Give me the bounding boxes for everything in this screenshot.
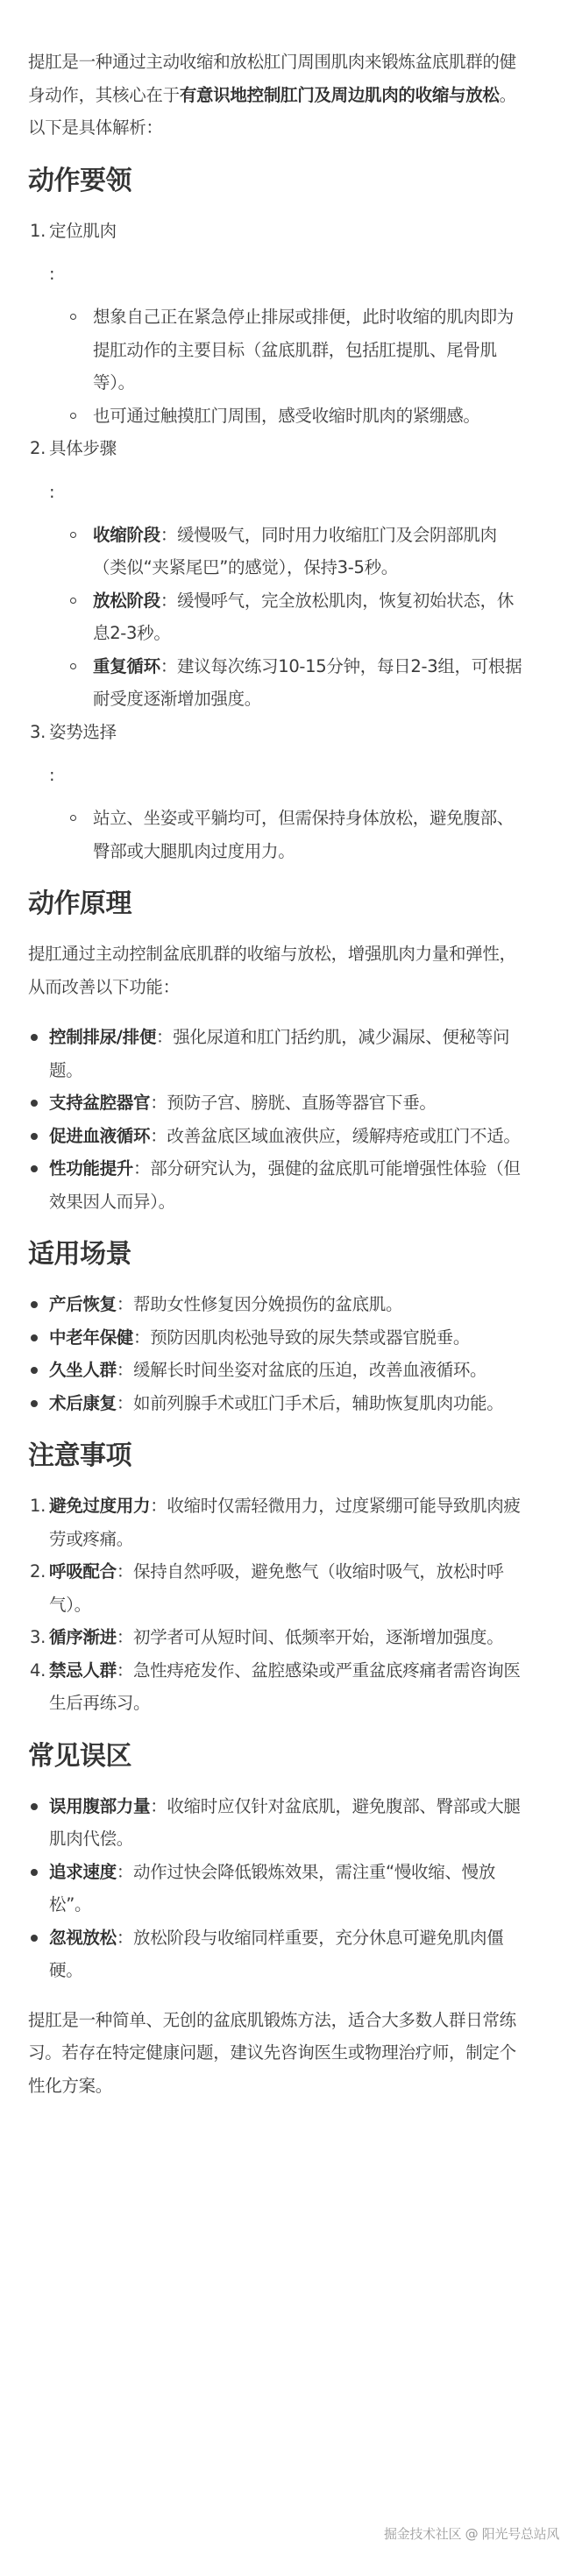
intro-paragraph: 提肛是一种通过主动收缩和放松肛门周围肌肉来锻炼盆底肌群的健身动作，其核心在于有意… — [28, 46, 528, 145]
list-item: 性功能提升：部分研究认为，强健的盆底肌可能增强性体验（但效果因人而异）。 — [28, 1152, 528, 1218]
sub-item-bold: 放松阶段 — [93, 591, 160, 611]
item-text: ：动作过快会降低锻炼效果，需注重“慢收缩、慢放松”。 — [49, 1862, 495, 1915]
item-bold: 中老年保健 — [49, 1327, 133, 1348]
bullet-icon — [31, 1165, 38, 1172]
list-number: 2. — [30, 432, 46, 465]
item-bold: 呼吸配合 — [49, 1561, 117, 1582]
list-item: 久坐人群：缓解长时间坐姿对盆底的压迫，改善血液循环。 — [28, 1354, 528, 1387]
list-item: 产后恢复：帮助女性修复因分娩损伤的盆底肌。 — [28, 1288, 528, 1321]
list-item: 支持盆腔器官：预防子宫、膀胱、直肠等器官下垂。 — [28, 1086, 528, 1120]
item-bold: 术后康复 — [49, 1393, 117, 1413]
item-text: ：放松阶段与收缩同样重要，充分休息可避免肌肉僵硬。 — [49, 1928, 503, 1981]
list-item: 忽视放松：放松阶段与收缩同样重要，充分休息可避免肌肉僵硬。 — [28, 1921, 528, 1987]
list-item: 2.呼吸配合：保持自然呼吸，避免憋气（收缩时吸气，放松时呼气）。 — [28, 1555, 528, 1621]
list-number: 4. — [30, 1654, 46, 1688]
list-item: 追求速度：动作过快会降低锻炼效果，需注重“慢收缩、慢放松”。 — [28, 1856, 528, 1921]
essentials-item-label: 定位肌肉 — [49, 215, 528, 248]
bullet-icon — [31, 1034, 38, 1041]
sub-list-item: 站立、坐姿或平躺均可，但需保持身体放松，避免腹部、臀部或大腿肌肉过度用力。 — [70, 802, 528, 867]
heading-essentials: 动作要领 — [28, 164, 528, 199]
item-text: ：预防子宫、膀胱、直肠等器官下垂。 — [150, 1093, 436, 1113]
heading-scenarios: 适用场景 — [28, 1237, 528, 1272]
closing-paragraph: 提肛是一种简单、无创的盆底肌锻炼方法，适合大多数人群日常练习。若存在特定健康问题… — [28, 2004, 528, 2103]
sub-list-item: 也可通过触摸肛门周围，感受收缩时肌肉的紧绷感。 — [70, 400, 528, 433]
item-bold: 促进血液循环 — [49, 1126, 150, 1146]
watermark: 掘金技术社区 @ 阳光号总站风 — [384, 2524, 559, 2544]
item-bold: 禁忌人群 — [49, 1660, 117, 1681]
scenarios-list: 产后恢复：帮助女性修复因分娩损伤的盆底肌。 中老年保健：预防因肌肉松弛导致的尿失… — [28, 1288, 528, 1419]
list-item: 控制排尿/排便：强化尿道和肛门括约肌，减少漏尿、便秘等问题。 — [28, 1021, 528, 1086]
circle-bullet-icon — [70, 598, 76, 604]
circle-bullet-icon — [70, 413, 76, 419]
colon-line: : — [28, 759, 528, 791]
sub-list-item: 放松阶段：缓慢呼气，完全放松肌肉，恢复初始状态，休息2-3秒。 — [70, 584, 528, 650]
item-bold: 误用腹部力量 — [49, 1796, 150, 1816]
list-number: 1. — [30, 215, 46, 248]
item-text: ：缓解长时间坐姿对盆底的压迫，改善血液循环。 — [117, 1360, 486, 1380]
circle-bullet-icon — [70, 815, 76, 821]
essentials-item-label: 具体步骤 — [49, 432, 528, 465]
intro-bold-text: 有意识地控制肛门及周边肌肉的收缩与放松 — [180, 85, 500, 105]
bullet-icon — [31, 1334, 38, 1341]
list-item: 中老年保健：预防因肌肉松弛导致的尿失禁或器官脱垂。 — [28, 1321, 528, 1355]
sub-list-item: 想象自己正在紧急停止排尿或排便，此时收缩的肌肉即为提肛动作的主要目标（盆底肌群，… — [70, 301, 528, 400]
heading-cautions: 注意事项 — [28, 1439, 528, 1474]
item-bold: 性功能提升 — [49, 1158, 133, 1178]
sub-item-text: 想象自己正在紧急停止排尿或排便，此时收缩的肌肉即为提肛动作的主要目标（盆底肌群，… — [93, 307, 514, 393]
colon-line: : — [28, 476, 528, 508]
sub-list-item: 重复循环：建议每次练习10-15分钟，每日2-3组，可根据耐受度逐渐增加强度。 — [70, 650, 528, 716]
bullet-icon — [31, 1301, 38, 1308]
item-text: ：初学者可从短时间、低频率开始，逐渐增加强度。 — [117, 1627, 504, 1647]
principle-list: 控制排尿/排便：强化尿道和肛门括约肌，减少漏尿、便秘等问题。 支持盆腔器官：预防… — [28, 1021, 528, 1218]
sub-list: 收缩阶段：缓慢吸气，同时用力收缩肛门及会阴部肌肉（类似“夹紧尾巴”的感觉），保持… — [28, 519, 528, 716]
sub-list: 想象自己正在紧急停止排尿或排便，此时收缩的肌肉即为提肛动作的主要目标（盆底肌群，… — [28, 301, 528, 432]
item-text: ：改善盆底区域血液供应，缓解痔疮或肛门不适。 — [150, 1126, 520, 1146]
list-number: 1. — [30, 1490, 46, 1523]
list-item: 促进血液循环：改善盆底区域血液供应，缓解痔疮或肛门不适。 — [28, 1120, 528, 1153]
list-item: 3.循序渐进：初学者可从短时间、低频率开始，逐渐增加强度。 — [28, 1621, 528, 1654]
item-bold: 支持盆腔器官 — [49, 1093, 150, 1113]
article-body: 提肛是一种通过主动收缩和放松肛门周围肌肉来锻炼盆底肌群的健身动作，其核心在于有意… — [28, 46, 528, 2102]
bullet-icon — [31, 1133, 38, 1140]
item-text: ：急性痔疮发作、盆腔感染或严重盆底疼痛者需咨询医生后再练习。 — [49, 1660, 521, 1714]
item-bold: 避免过度用力 — [49, 1496, 150, 1516]
essentials-item-label: 姿势选择 — [49, 716, 528, 749]
list-number: 3. — [30, 716, 46, 749]
sub-list: 站立、坐姿或平躺均可，但需保持身体放松，避免腹部、臀部或大腿肌肉过度用力。 — [28, 802, 528, 867]
bullet-icon — [31, 1803, 38, 1810]
essentials-item-3: 3. 姿势选择 — [28, 716, 528, 749]
principle-intro: 提肛通过主动控制盆底肌群的收缩与放松，增强肌肉力量和弹性，从而改善以下功能： — [28, 938, 528, 1003]
bullet-icon — [31, 1935, 38, 1942]
heading-mistakes: 常见误区 — [28, 1739, 528, 1774]
item-bold: 循序渐进 — [49, 1627, 117, 1647]
item-text: ：保持自然呼吸，避免憋气（收缩时吸气，放松时呼气）。 — [49, 1561, 503, 1615]
essentials-item-2: 2. 具体步骤 — [28, 432, 528, 465]
bullet-icon — [31, 1400, 38, 1407]
sub-item-bold: 收缩阶段 — [93, 525, 160, 545]
essentials-item-1: 1. 定位肌肉 — [28, 215, 528, 248]
list-item: 误用腹部力量：收缩时应仅针对盆底肌，避免腹部、臀部或大腿肌肉代偿。 — [28, 1790, 528, 1856]
item-bold: 久坐人群 — [49, 1360, 117, 1380]
item-bold: 忽视放松 — [49, 1928, 117, 1948]
circle-bullet-icon — [70, 532, 76, 538]
item-bold: 控制排尿/排便 — [49, 1027, 156, 1047]
sub-item-bold: 重复循环 — [93, 656, 160, 676]
item-text: ：帮助女性修复因分娩损伤的盆底肌。 — [117, 1294, 402, 1314]
list-number: 3. — [30, 1621, 46, 1654]
circle-bullet-icon — [70, 663, 76, 669]
item-text: ：如前列腺手术或肛门手术后，辅助恢复肌肉功能。 — [117, 1393, 504, 1413]
sub-item-text: 也可通过触摸肛门周围，感受收缩时肌肉的紧绷感。 — [93, 406, 480, 426]
list-item: 术后康复：如前列腺手术或肛门手术后，辅助恢复肌肉功能。 — [28, 1387, 528, 1420]
sub-list-item: 收缩阶段：缓慢吸气，同时用力收缩肛门及会阴部肌肉（类似“夹紧尾巴”的感觉），保持… — [70, 519, 528, 584]
list-item: 1.避免过度用力：收缩时仅需轻微用力，过度紧绷可能导致肌肉疲劳或疼痛。 — [28, 1490, 528, 1555]
bullet-icon — [31, 1367, 38, 1374]
item-text: ：预防因肌肉松弛导致的尿失禁或器官脱垂。 — [133, 1327, 470, 1348]
heading-principle: 动作原理 — [28, 887, 528, 922]
item-bold: 追求速度 — [49, 1862, 117, 1882]
item-bold: 产后恢复 — [49, 1294, 117, 1314]
cautions-list: 1.避免过度用力：收缩时仅需轻微用力，过度紧绷可能导致肌肉疲劳或疼痛。 2.呼吸… — [28, 1490, 528, 1720]
colon-line: : — [28, 258, 528, 290]
sub-item-text: 站立、坐姿或平躺均可，但需保持身体放松，避免腹部、臀部或大腿肌肉过度用力。 — [93, 808, 514, 861]
circle-bullet-icon — [70, 314, 76, 320]
bullet-icon — [31, 1100, 38, 1107]
list-number: 2. — [30, 1555, 46, 1589]
list-item: 4.禁忌人群：急性痔疮发作、盆腔感染或严重盆底疼痛者需咨询医生后再练习。 — [28, 1654, 528, 1720]
bullet-icon — [31, 1869, 38, 1876]
essentials-list: 1. 定位肌肉 : 想象自己正在紧急停止排尿或排便，此时收缩的肌肉即为提肛动作的… — [28, 215, 528, 868]
mistakes-list: 误用腹部力量：收缩时应仅针对盆底肌，避免腹部、臀部或大腿肌肉代偿。 追求速度：动… — [28, 1790, 528, 1987]
